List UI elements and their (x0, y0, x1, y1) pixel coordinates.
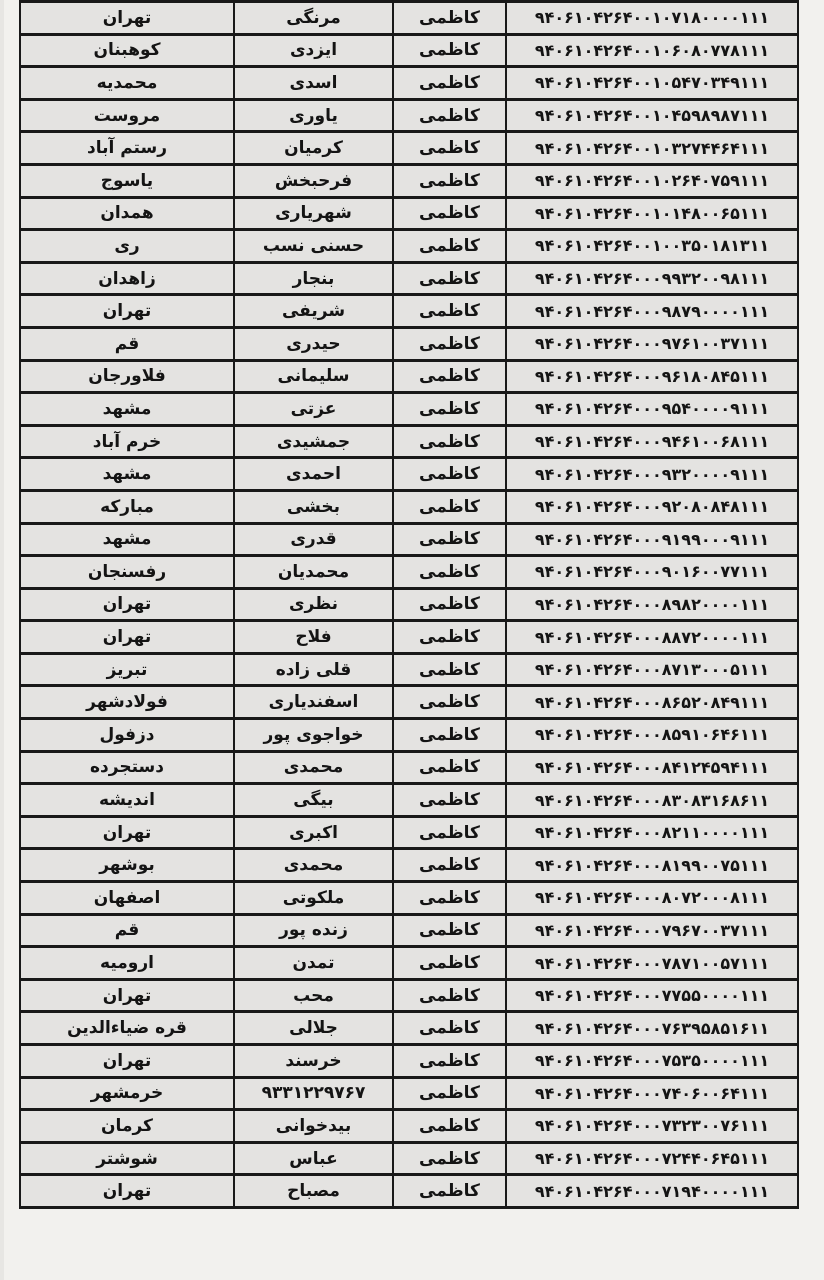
table-row: قمحیدریکاظمی۹۴۰۶۱۰۴۲۶۴۰۰۰۹۷۶۱۰۰۳۷۱۱۱ (20, 327, 798, 360)
code-cell: ۹۴۰۶۱۰۴۲۶۴۰۰۱۰۰۳۵۰۱۸۱۳۱۱ (506, 230, 798, 263)
code-cell: ۹۴۰۶۱۰۴۲۶۴۰۰۰۷۶۳۹۵۸۵۱۶۱۱ (506, 1012, 798, 1045)
city-cell: فولادشهر (20, 686, 234, 719)
table-row: قمزنده پورکاظمی۹۴۰۶۱۰۴۲۶۴۰۰۰۷۹۶۷۰۰۳۷۱۱۱ (20, 914, 798, 947)
kazemi-cell: کاظمی (393, 295, 506, 328)
city-cell: یاسوج (20, 164, 234, 197)
table-row: رفسنجانمحمدیانکاظمی۹۴۰۶۱۰۴۲۶۴۰۰۰۹۰۱۶۰۰۷۷… (20, 556, 798, 589)
kazemi-cell: کاظمی (393, 849, 506, 882)
city-cell: اندیشه (20, 784, 234, 817)
surname-cell: مصباح (234, 1175, 393, 1208)
code-cell: ۹۴۰۶۱۰۴۲۶۴۰۰۰۸۹۸۲۰۰۰۰۱۱۱ (506, 588, 798, 621)
city-cell: بوشهر (20, 849, 234, 882)
surname-cell: مرنگی (234, 2, 393, 35)
city-cell: دزفول (20, 719, 234, 752)
city-cell: تهران (20, 979, 234, 1012)
city-cell: قره ضیاءالدین (20, 1012, 234, 1045)
table-row: همدانشهریاریکاظمی۹۴۰۶۱۰۴۲۶۴۰۰۱۰۱۴۸۰۰۶۵۱۱… (20, 197, 798, 230)
table-row: تهرانمرنگیکاظمی۹۴۰۶۱۰۴۲۶۴۰۰۱۰۷۱۸۰۰۰۰۱۱۱ (20, 2, 798, 35)
city-cell: همدان (20, 197, 234, 230)
city-cell: خرمشهر (20, 1077, 234, 1110)
code-cell: ۹۴۰۶۱۰۴۲۶۴۰۰۰۸۰۷۲۰۰۰۸۱۱۱ (506, 882, 798, 915)
code-cell: ۹۴۰۶۱۰۴۲۶۴۰۰۰۷۴۰۶۰۰۶۴۱۱۱ (506, 1077, 798, 1110)
table-row: تهرانخرسندکاظمی۹۴۰۶۱۰۴۲۶۴۰۰۰۷۵۳۵۰۰۰۰۱۱۱ (20, 1045, 798, 1078)
surname-cell: اسدی (234, 67, 393, 100)
table-row: دستجردهمحمدیکاظمی۹۴۰۶۱۰۴۲۶۴۰۰۰۸۴۱۲۴۵۹۴۱۱… (20, 751, 798, 784)
surname-cell: تمدن (234, 947, 393, 980)
kazemi-cell: کاظمی (393, 1012, 506, 1045)
scan-edge-artifact (0, 0, 4, 1280)
table-row: اندیشهبیگیکاظمی۹۴۰۶۱۰۴۲۶۴۰۰۰۸۳۰۸۳۱۶۸۶۱۱ (20, 784, 798, 817)
surname-cell: احمدی (234, 458, 393, 491)
kazemi-cell: کاظمی (393, 1045, 506, 1078)
surname-cell: محمدیان (234, 556, 393, 589)
city-cell: تهران (20, 621, 234, 654)
table-row: مشهداحمدیکاظمی۹۴۰۶۱۰۴۲۶۴۰۰۰۹۳۲۰۰۰۰۹۱۱۱ (20, 458, 798, 491)
table-row: تهرانمصباحکاظمی۹۴۰۶۱۰۴۲۶۴۰۰۰۷۱۹۴۰۰۰۰۱۱۱ (20, 1175, 798, 1208)
city-cell: مروست (20, 99, 234, 132)
surname-cell: فلاح (234, 621, 393, 654)
table-row: تبریزقلی زادهکاظمی۹۴۰۶۱۰۴۲۶۴۰۰۰۸۷۱۳۰۰۰۵۱… (20, 653, 798, 686)
kazemi-cell: کاظمی (393, 34, 506, 67)
city-cell: تهران (20, 1175, 234, 1208)
surname-cell: ایزدی (234, 34, 393, 67)
kazemi-cell: کاظمی (393, 425, 506, 458)
code-cell: ۹۴۰۶۱۰۴۲۶۴۰۰۰۷۹۶۷۰۰۳۷۱۱۱ (506, 914, 798, 947)
table-row: رستم آبادکرمیانکاظمی۹۴۰۶۱۰۴۲۶۴۰۰۱۰۳۲۷۴۴۶… (20, 132, 798, 165)
city-cell: تهران (20, 1045, 234, 1078)
city-cell: تهران (20, 816, 234, 849)
code-cell: ۹۴۰۶۱۰۴۲۶۴۰۰۰۸۱۹۹۰۰۷۵۱۱۱ (506, 849, 798, 882)
surname-cell: حسنی نسب (234, 230, 393, 263)
kazemi-cell: کاظمی (393, 99, 506, 132)
kazemi-cell: کاظمی (393, 1175, 506, 1208)
city-cell: مشهد (20, 458, 234, 491)
surname-cell: فرحبخش (234, 164, 393, 197)
kazemi-cell: کاظمی (393, 947, 506, 980)
city-cell: اصفهان (20, 882, 234, 915)
code-cell: ۹۴۰۶۱۰۴۲۶۴۰۰۱۰۵۴۷۰۳۴۹۱۱۱ (506, 67, 798, 100)
table-row: کوهبنانایزدیکاظمی۹۴۰۶۱۰۴۲۶۴۰۰۱۰۶۰۸۰۷۷۸۱۱… (20, 34, 798, 67)
city-cell: ارومیه (20, 947, 234, 980)
kazemi-cell: کاظمی (393, 1142, 506, 1175)
surname-cell: عزتی (234, 393, 393, 426)
table-row: تهرانمحبکاظمی۹۴۰۶۱۰۴۲۶۴۰۰۰۷۷۵۵۰۰۰۰۱۱۱ (20, 979, 798, 1012)
table-row: تهراننظریکاظمی۹۴۰۶۱۰۴۲۶۴۰۰۰۸۹۸۲۰۰۰۰۱۱۱ (20, 588, 798, 621)
table-row: اصفهانملکوتیکاظمی۹۴۰۶۱۰۴۲۶۴۰۰۰۸۰۷۲۰۰۰۸۱۱… (20, 882, 798, 915)
surname-cell: شهریاری (234, 197, 393, 230)
surname-cell: کرمیان (234, 132, 393, 165)
kazemi-cell: کاظمی (393, 686, 506, 719)
surname-cell: جلالی (234, 1012, 393, 1045)
kazemi-cell: کاظمی (393, 621, 506, 654)
table-row: فولادشهراسفندیاریکاظمی۹۴۰۶۱۰۴۲۶۴۰۰۰۸۶۵۲۰… (20, 686, 798, 719)
city-cell: کرمان (20, 1110, 234, 1143)
surname-cell: خواجوی پور (234, 719, 393, 752)
table-row: یاسوجفرحبخشکاظمی۹۴۰۶۱۰۴۲۶۴۰۰۱۰۲۶۴۰۷۵۹۱۱۱ (20, 164, 798, 197)
code-cell: ۹۴۰۶۱۰۴۲۶۴۰۰۰۹۱۹۹۰۰۰۹۱۱۱ (506, 523, 798, 556)
surname-cell: محب (234, 979, 393, 1012)
table-row: محمدیهاسدیکاظمی۹۴۰۶۱۰۴۲۶۴۰۰۱۰۵۴۷۰۳۴۹۱۱۱ (20, 67, 798, 100)
city-cell: تهران (20, 588, 234, 621)
code-cell: ۹۴۰۶۱۰۴۲۶۴۰۰۱۰۲۶۴۰۷۵۹۱۱۱ (506, 164, 798, 197)
table-row: مروستیاوریکاظمی۹۴۰۶۱۰۴۲۶۴۰۰۱۰۴۵۹۸۹۸۷۱۱۱ (20, 99, 798, 132)
kazemi-cell: کاظمی (393, 67, 506, 100)
table-row: خرم آبادجمشیدیکاظمی۹۴۰۶۱۰۴۲۶۴۰۰۰۹۴۶۱۰۰۶۸… (20, 425, 798, 458)
code-cell: ۹۴۰۶۱۰۴۲۶۴۰۰۰۸۲۱۱۰۰۰۰۱۱۱ (506, 816, 798, 849)
kazemi-cell: کاظمی (393, 393, 506, 426)
kazemi-cell: کاظمی (393, 2, 506, 35)
surname-cell: ۹۳۳۱۲۲۹۷۶۷ (234, 1077, 393, 1110)
scanned-document-page: تهرانمرنگیکاظمی۹۴۰۶۱۰۴۲۶۴۰۰۱۰۷۱۸۰۰۰۰۱۱۱ک… (0, 0, 824, 1280)
code-cell: ۹۴۰۶۱۰۴۲۶۴۰۰۰۸۴۱۲۴۵۹۴۱۱۱ (506, 751, 798, 784)
kazemi-cell: کاظمی (393, 458, 506, 491)
city-cell: تهران (20, 2, 234, 35)
code-cell: ۹۴۰۶۱۰۴۲۶۴۰۰۱۰۶۰۸۰۷۷۸۱۱۱ (506, 34, 798, 67)
surname-cell: محمدی (234, 751, 393, 784)
surname-cell: زنده پور (234, 914, 393, 947)
city-cell: قم (20, 914, 234, 947)
surname-cell: بنجار (234, 262, 393, 295)
city-cell: مبارکه (20, 490, 234, 523)
table-row: مبارکهبخشیکاظمی۹۴۰۶۱۰۴۲۶۴۰۰۰۹۲۰۸۰۸۴۸۱۱۱ (20, 490, 798, 523)
kazemi-cell: کاظمی (393, 327, 506, 360)
table-row: ریحسنی نسبکاظمی۹۴۰۶۱۰۴۲۶۴۰۰۱۰۰۳۵۰۱۸۱۳۱۱ (20, 230, 798, 263)
city-cell: کوهبنان (20, 34, 234, 67)
surname-cell: سلیمانی (234, 360, 393, 393)
surname-cell: حیدری (234, 327, 393, 360)
code-cell: ۹۴۰۶۱۰۴۲۶۴۰۰۰۸۵۹۱۰۶۴۶۱۱۱ (506, 719, 798, 752)
code-cell: ۹۴۰۶۱۰۴۲۶۴۰۰۰۷۱۹۴۰۰۰۰۱۱۱ (506, 1175, 798, 1208)
city-cell: شوشتر (20, 1142, 234, 1175)
kazemi-cell: کاظمی (393, 523, 506, 556)
surname-cell: بیدخوانی (234, 1110, 393, 1143)
code-cell: ۹۴۰۶۱۰۴۲۶۴۰۰۰۷۸۷۱۰۰۵۷۱۱۱ (506, 947, 798, 980)
kazemi-cell: کاظمی (393, 230, 506, 263)
surname-cell: عباس (234, 1142, 393, 1175)
kazemi-cell: کاظمی (393, 164, 506, 197)
kazemi-cell: کاظمی (393, 556, 506, 589)
code-cell: ۹۴۰۶۱۰۴۲۶۴۰۰۱۰۷۱۸۰۰۰۰۱۱۱ (506, 2, 798, 35)
surname-cell: قدری (234, 523, 393, 556)
city-cell: مشهد (20, 393, 234, 426)
surname-cell: یاوری (234, 99, 393, 132)
code-cell: ۹۴۰۶۱۰۴۲۶۴۰۰۰۸۷۱۳۰۰۰۵۱۱۱ (506, 653, 798, 686)
code-cell: ۹۴۰۶۱۰۴۲۶۴۰۰۱۰۱۴۸۰۰۶۵۱۱۱ (506, 197, 798, 230)
city-cell: مشهد (20, 523, 234, 556)
kazemi-cell: کاظمی (393, 132, 506, 165)
kazemi-cell: کاظمی (393, 751, 506, 784)
city-cell: خرم آباد (20, 425, 234, 458)
kazemi-cell: کاظمی (393, 1110, 506, 1143)
table-row: زاهدانبنجارکاظمی۹۴۰۶۱۰۴۲۶۴۰۰۰۹۹۳۲۰۰۹۸۱۱۱ (20, 262, 798, 295)
table-row: کرمانبیدخوانیکاظمی۹۴۰۶۱۰۴۲۶۴۰۰۰۷۳۲۳۰۰۷۶۱… (20, 1110, 798, 1143)
city-cell: تهران (20, 295, 234, 328)
kazemi-cell: کاظمی (393, 197, 506, 230)
city-cell: محمدیه (20, 67, 234, 100)
table-row: تهرانشریفیکاظمی۹۴۰۶۱۰۴۲۶۴۰۰۰۹۸۷۹۰۰۰۰۱۱۱ (20, 295, 798, 328)
code-cell: ۹۴۰۶۱۰۴۲۶۴۰۰۰۷۲۴۴۰۶۴۵۱۱۱ (506, 1142, 798, 1175)
table-row: خرمشهر۹۳۳۱۲۲۹۷۶۷کاظمی۹۴۰۶۱۰۴۲۶۴۰۰۰۷۴۰۶۰۰… (20, 1077, 798, 1110)
kazemi-cell: کاظمی (393, 914, 506, 947)
city-cell: دستجرده (20, 751, 234, 784)
table-row: تهرانفلاحکاظمی۹۴۰۶۱۰۴۲۶۴۰۰۰۸۸۷۲۰۰۰۰۱۱۱ (20, 621, 798, 654)
city-cell: فلاورجان (20, 360, 234, 393)
table-row: قره ضیاءالدینجلالیکاظمی۹۴۰۶۱۰۴۲۶۴۰۰۰۷۶۳۹… (20, 1012, 798, 1045)
surname-cell: جمشیدی (234, 425, 393, 458)
table-row: فلاورجانسلیمانیکاظمی۹۴۰۶۱۰۴۲۶۴۰۰۰۹۶۱۸۰۸۴… (20, 360, 798, 393)
kazemi-cell: کاظمی (393, 816, 506, 849)
records-table: تهرانمرنگیکاظمی۹۴۰۶۱۰۴۲۶۴۰۰۱۰۷۱۸۰۰۰۰۱۱۱ک… (19, 0, 799, 1209)
city-cell: زاهدان (20, 262, 234, 295)
code-cell: ۹۴۰۶۱۰۴۲۶۴۰۰۰۸۳۰۸۳۱۶۸۶۱۱ (506, 784, 798, 817)
table-row: دزفولخواجوی پورکاظمی۹۴۰۶۱۰۴۲۶۴۰۰۰۸۵۹۱۰۶۴… (20, 719, 798, 752)
kazemi-cell: کاظمی (393, 360, 506, 393)
city-cell: رستم آباد (20, 132, 234, 165)
kazemi-cell: کاظمی (393, 784, 506, 817)
table-row: ارومیهتمدنکاظمی۹۴۰۶۱۰۴۲۶۴۰۰۰۷۸۷۱۰۰۵۷۱۱۱ (20, 947, 798, 980)
code-cell: ۹۴۰۶۱۰۴۲۶۴۰۰۰۹۳۲۰۰۰۰۹۱۱۱ (506, 458, 798, 491)
code-cell: ۹۴۰۶۱۰۴۲۶۴۰۰۰۹۶۱۸۰۸۴۵۱۱۱ (506, 360, 798, 393)
city-cell: تبریز (20, 653, 234, 686)
surname-cell: بخشی (234, 490, 393, 523)
code-cell: ۹۴۰۶۱۰۴۲۶۴۰۰۰۷۳۲۳۰۰۷۶۱۱۱ (506, 1110, 798, 1143)
surname-cell: محمدی (234, 849, 393, 882)
surname-cell: اکبری (234, 816, 393, 849)
code-cell: ۹۴۰۶۱۰۴۲۶۴۰۰۱۰۴۵۹۸۹۸۷۱۱۱ (506, 99, 798, 132)
code-cell: ۹۴۰۶۱۰۴۲۶۴۰۰۱۰۳۲۷۴۴۶۴۱۱۱ (506, 132, 798, 165)
code-cell: ۹۴۰۶۱۰۴۲۶۴۰۰۰۸۶۵۲۰۸۴۹۱۱۱ (506, 686, 798, 719)
surname-cell: بیگی (234, 784, 393, 817)
table-row: بوشهرمحمدیکاظمی۹۴۰۶۱۰۴۲۶۴۰۰۰۸۱۹۹۰۰۷۵۱۱۱ (20, 849, 798, 882)
kazemi-cell: کاظمی (393, 719, 506, 752)
table-row: تهراناکبریکاظمی۹۴۰۶۱۰۴۲۶۴۰۰۰۸۲۱۱۰۰۰۰۱۱۱ (20, 816, 798, 849)
code-cell: ۹۴۰۶۱۰۴۲۶۴۰۰۰۹۲۰۸۰۸۴۸۱۱۱ (506, 490, 798, 523)
table-row: مشهدعزتیکاظمی۹۴۰۶۱۰۴۲۶۴۰۰۰۹۵۴۰۰۰۰۹۱۱۱ (20, 393, 798, 426)
kazemi-cell: کاظمی (393, 490, 506, 523)
code-cell: ۹۴۰۶۱۰۴۲۶۴۰۰۰۹۴۶۱۰۰۶۸۱۱۱ (506, 425, 798, 458)
table-body: تهرانمرنگیکاظمی۹۴۰۶۱۰۴۲۶۴۰۰۱۰۷۱۸۰۰۰۰۱۱۱ک… (20, 2, 798, 1208)
code-cell: ۹۴۰۶۱۰۴۲۶۴۰۰۰۷۵۳۵۰۰۰۰۱۱۱ (506, 1045, 798, 1078)
kazemi-cell: کاظمی (393, 653, 506, 686)
code-cell: ۹۴۰۶۱۰۴۲۶۴۰۰۰۸۸۷۲۰۰۰۰۱۱۱ (506, 621, 798, 654)
code-cell: ۹۴۰۶۱۰۴۲۶۴۰۰۰۹۷۶۱۰۰۳۷۱۱۱ (506, 327, 798, 360)
surname-cell: نظری (234, 588, 393, 621)
kazemi-cell: کاظمی (393, 588, 506, 621)
city-cell: قم (20, 327, 234, 360)
city-cell: رفسنجان (20, 556, 234, 589)
code-cell: ۹۴۰۶۱۰۴۲۶۴۰۰۰۷۷۵۵۰۰۰۰۱۱۱ (506, 979, 798, 1012)
surname-cell: شریفی (234, 295, 393, 328)
table-row: شوشترعباسکاظمی۹۴۰۶۱۰۴۲۶۴۰۰۰۷۲۴۴۰۶۴۵۱۱۱ (20, 1142, 798, 1175)
code-cell: ۹۴۰۶۱۰۴۲۶۴۰۰۰۹۰۱۶۰۰۷۷۱۱۱ (506, 556, 798, 589)
city-cell: ری (20, 230, 234, 263)
code-cell: ۹۴۰۶۱۰۴۲۶۴۰۰۰۹۵۴۰۰۰۰۹۱۱۱ (506, 393, 798, 426)
surname-cell: خرسند (234, 1045, 393, 1078)
surname-cell: اسفندیاری (234, 686, 393, 719)
surname-cell: قلی زاده (234, 653, 393, 686)
table-row: مشهدقدریکاظمی۹۴۰۶۱۰۴۲۶۴۰۰۰۹۱۹۹۰۰۰۹۱۱۱ (20, 523, 798, 556)
kazemi-cell: کاظمی (393, 979, 506, 1012)
code-cell: ۹۴۰۶۱۰۴۲۶۴۰۰۰۹۹۳۲۰۰۹۸۱۱۱ (506, 262, 798, 295)
kazemi-cell: کاظمی (393, 882, 506, 915)
surname-cell: ملکوتی (234, 882, 393, 915)
code-cell: ۹۴۰۶۱۰۴۲۶۴۰۰۰۹۸۷۹۰۰۰۰۱۱۱ (506, 295, 798, 328)
kazemi-cell: کاظمی (393, 262, 506, 295)
kazemi-cell: کاظمی (393, 1077, 506, 1110)
